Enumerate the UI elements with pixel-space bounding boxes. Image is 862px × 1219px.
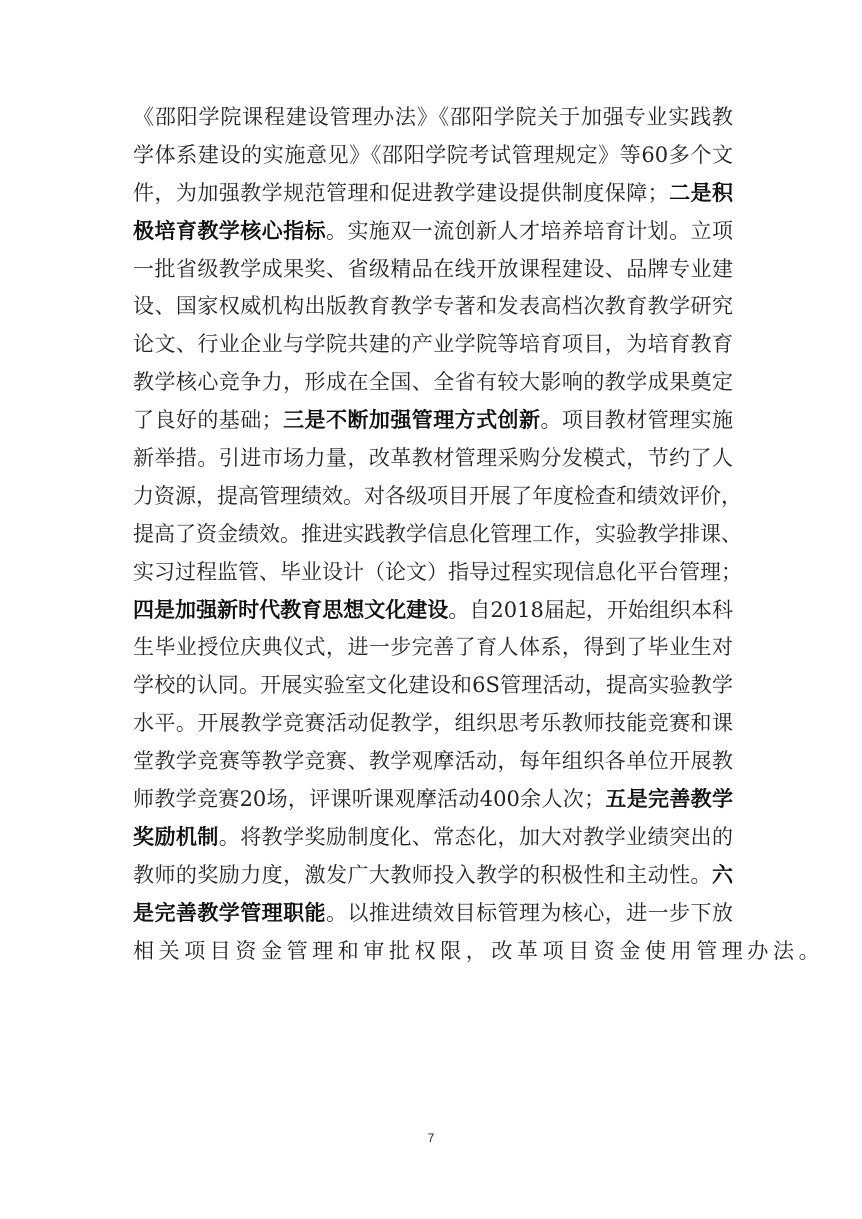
text-line: 教师的奖励力度，激发广大教师投入教学的积极性和主动性。六 (133, 857, 733, 895)
bold-heading-text: 奖励机制 (133, 825, 219, 849)
body-text-segment: 件，为加强教学规范管理和促进教学建设提供制度保障； (133, 181, 669, 205)
text-line: 水平。开展教学竞赛活动促教学，组织思考乐教师技能竞赛和课 (133, 705, 733, 743)
body-text-segment: 实习过程监管、毕业设计（论文）指导过程实现信息化平台管理； (133, 560, 742, 584)
text-line: 堂教学竞赛等教学竞赛、教学观摩活动，每年组织各单位开展教 (133, 743, 733, 781)
text-line: 实习过程监管、毕业设计（论文）指导过程实现信息化平台管理； (133, 554, 733, 592)
bold-heading-text: 二是积 (669, 181, 733, 205)
body-text-segment: 。自2018届起，开始组织本科 (448, 598, 733, 622)
body-text-segment: 设、国家权威机构出版教育教学专著和发表高档次教育教学研究 (133, 294, 733, 318)
text-line: 设、国家权威机构出版教育教学专著和发表高档次教育教学研究 (133, 288, 733, 326)
bold-heading-text: 四是加强新时代教育思想文化建设 (133, 598, 448, 622)
text-line: 是完善教学管理职能。以推进绩效目标管理为核心，进一步下放 (133, 895, 733, 933)
text-line: 师教学竞赛20场，评课听课观摩活动400余人次；五是完善教学 (133, 781, 733, 819)
body-text-segment: 。以推进绩效目标管理为核心，进一步下放 (326, 901, 733, 925)
body-text-segment: 一批省级教学成果奖、省级精品在线开放课程建设、品牌专业建 (133, 257, 733, 281)
body-text-segment: 相关项目资金管理和审批权限，改革项目资金使用管理办法。 (133, 939, 824, 963)
body-text-segment: 堂教学竞赛等教学竞赛、教学观摩活动，每年组织各单位开展教 (133, 749, 733, 773)
body-text-segment: 生毕业授位庆典仪式，进一步完善了育人体系，得到了毕业生对 (133, 635, 733, 659)
text-line: 相关项目资金管理和审批权限，改革项目资金使用管理办法。 (133, 933, 733, 971)
body-text-segment: 。将教学奖励制度化、常态化，加大对教学业绩突出的 (219, 825, 733, 849)
text-line: 力资源，提高管理绩效。对各级项目开展了年度检查和绩效评价， (133, 478, 733, 516)
body-text-segment: 力资源，提高管理绩效。对各级项目开展了年度检查和绩效评价， (133, 484, 742, 508)
page-number: 7 (0, 1131, 862, 1145)
text-line: 四是加强新时代教育思想文化建设。自2018届起，开始组织本科 (133, 592, 733, 630)
body-paragraph: 《邵阳学院课程建设管理办法》《邵阳学院关于加强专业实践教学体系建设的实施意见》《… (133, 99, 733, 970)
body-text-segment: 水平。开展教学竞赛活动促教学，组织思考乐教师技能竞赛和课 (133, 711, 733, 735)
text-line: 学校的认同。开展实验室文化建设和6S管理活动，提高实验教学 (133, 667, 733, 705)
text-line: 论文、行业企业与学院共建的产业学院等培育项目，为培育教育 (133, 326, 733, 364)
bold-heading-text: 极培育教学核心指标 (133, 219, 326, 243)
text-line: 一批省级教学成果奖、省级精品在线开放课程建设、品牌专业建 (133, 251, 733, 289)
text-line: 奖励机制。将教学奖励制度化、常态化，加大对教学业绩突出的 (133, 819, 733, 857)
bold-heading-text: 是完善教学管理职能 (133, 901, 326, 925)
text-line: 《邵阳学院课程建设管理办法》《邵阳学院关于加强专业实践教 (133, 99, 733, 137)
text-line: 生毕业授位庆典仪式，进一步完善了育人体系，得到了毕业生对 (133, 629, 733, 667)
body-text-segment: 《邵阳学院课程建设管理办法》《邵阳学院关于加强专业实践教 (133, 105, 733, 129)
document-page: 《邵阳学院课程建设管理办法》《邵阳学院关于加强专业实践教学体系建设的实施意见》《… (0, 0, 862, 1219)
body-text-segment: 。项目教材管理实施 (540, 408, 733, 432)
body-text-segment: 学体系建设的实施意见》《邵阳学院考试管理规定》等60多个文 (133, 143, 733, 167)
body-text-segment: 师教学竞赛20场，评课听课观摩活动400余人次； (133, 787, 605, 811)
body-text-segment: 了良好的基础； (133, 408, 283, 432)
bold-heading-text: 六 (712, 863, 733, 887)
text-line: 提高了资金绩效。推进实践教学信息化管理工作，实验教学排课、 (133, 516, 733, 554)
body-text-segment: 。实施双一流创新人才培养培育计划。立项 (326, 219, 733, 243)
text-line: 件，为加强教学规范管理和促进教学建设提供制度保障；二是积 (133, 175, 733, 213)
text-line: 了良好的基础；三是不断加强管理方式创新。项目教材管理实施 (133, 402, 733, 440)
body-text-segment: 教学核心竞争力，形成在全国、全省有较大影响的教学成果奠定 (133, 370, 733, 394)
body-text-segment: 教师的奖励力度，激发广大教师投入教学的积极性和主动性。 (133, 863, 712, 887)
body-text-segment: 学校的认同。开展实验室文化建设和6S管理活动，提高实验教学 (133, 673, 733, 697)
bold-heading-text: 三是不断加强管理方式创新 (283, 408, 541, 432)
text-line: 教学核心竞争力，形成在全国、全省有较大影响的教学成果奠定 (133, 364, 733, 402)
body-text-segment: 论文、行业企业与学院共建的产业学院等培育项目，为培育教育 (133, 332, 733, 356)
text-line: 新举措。引进市场力量，改革教材管理采购分发模式，节约了人 (133, 440, 733, 478)
body-text-segment: 提高了资金绩效。推进实践教学信息化管理工作，实验教学排课、 (133, 522, 742, 546)
bold-heading-text: 五是完善教学 (605, 787, 733, 811)
text-line: 学体系建设的实施意见》《邵阳学院考试管理规定》等60多个文 (133, 137, 733, 175)
text-line: 极培育教学核心指标。实施双一流创新人才培养培育计划。立项 (133, 213, 733, 251)
body-text-segment: 新举措。引进市场力量，改革教材管理采购分发模式，节约了人 (133, 446, 733, 470)
